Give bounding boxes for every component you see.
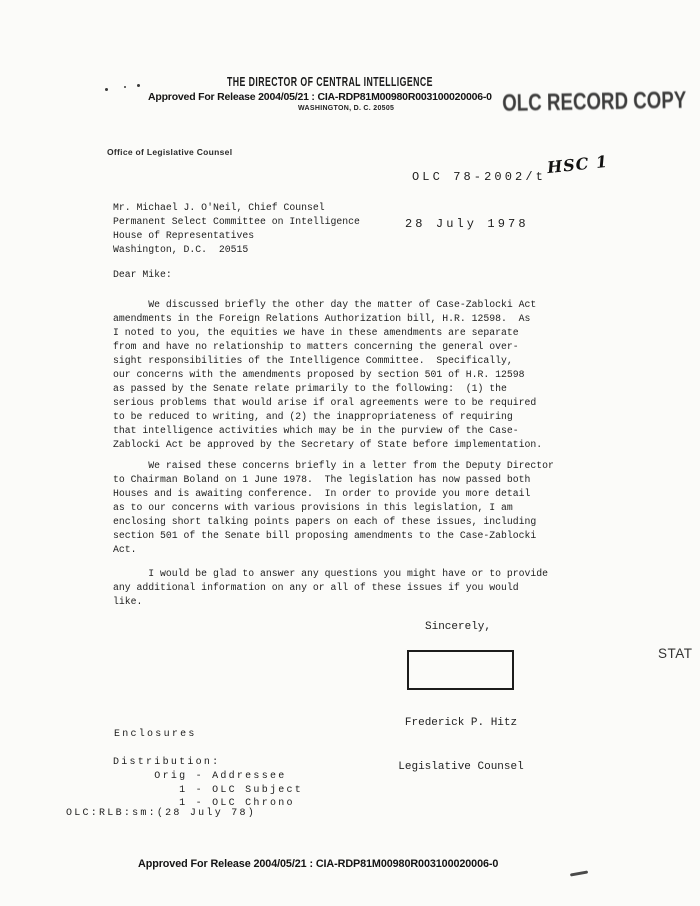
scan-speckle: [105, 88, 108, 91]
scan-speckle: [124, 86, 126, 88]
stat-margin-marker: STAT: [658, 646, 693, 661]
redacted-signature-box: [407, 650, 514, 690]
body-paragraph-3: I would be glad to answer any questions …: [113, 567, 548, 609]
distribution-list: Distribution: Orig - Addressee 1 - OLC S…: [113, 756, 303, 811]
document-date: 28 July 1978: [405, 217, 546, 233]
signer-title: Legislative Counsel: [396, 760, 526, 775]
scan-speckle: [137, 84, 140, 87]
valediction: Sincerely,: [425, 621, 491, 633]
olc-record-copy-stamp: OLC RECORD COPY: [502, 88, 686, 115]
office-of-legislative-counsel-label: Office of Legislative Counsel: [107, 147, 232, 157]
scanned-letter-page: THE DIRECTOR OF CENTRAL INTELLIGENCE App…: [0, 0, 700, 906]
letterhead-title: THE DIRECTOR OF CENTRAL INTELLIGENCE: [227, 75, 433, 89]
body-paragraph-1: We discussed briefly the other day the m…: [113, 298, 542, 452]
document-number-block: OLC 78-2002/t 28 July 1978: [405, 139, 546, 263]
approval-release-line-top: Approved For Release 2004/05/21 : CIA-RD…: [148, 91, 492, 103]
enclosures-label: Enclosures: [114, 729, 197, 740]
approval-release-line-bottom: Approved For Release 2004/05/21 : CIA-RD…: [138, 858, 498, 870]
salutation: Dear Mike:: [113, 268, 172, 282]
recipient-address-block: Mr. Michael J. O'Neil, Chief Counsel Per…: [113, 201, 360, 257]
letterhead-city-line: WASHINGTON, D. C. 20505: [298, 105, 394, 112]
body-paragraph-2: We raised these concerns briefly in a le…: [113, 459, 554, 557]
handwritten-annotation: HSC 1: [546, 152, 609, 177]
document-number: OLC 78-2002/t: [412, 170, 546, 186]
typist-reference-line: OLC:RLB:sm:(28 July 78): [66, 808, 256, 819]
signature-block: Frederick P. Hitz Legislative Counsel: [396, 687, 526, 803]
signer-name: Frederick P. Hitz: [396, 716, 526, 731]
scan-artifact-dash: [570, 870, 588, 876]
